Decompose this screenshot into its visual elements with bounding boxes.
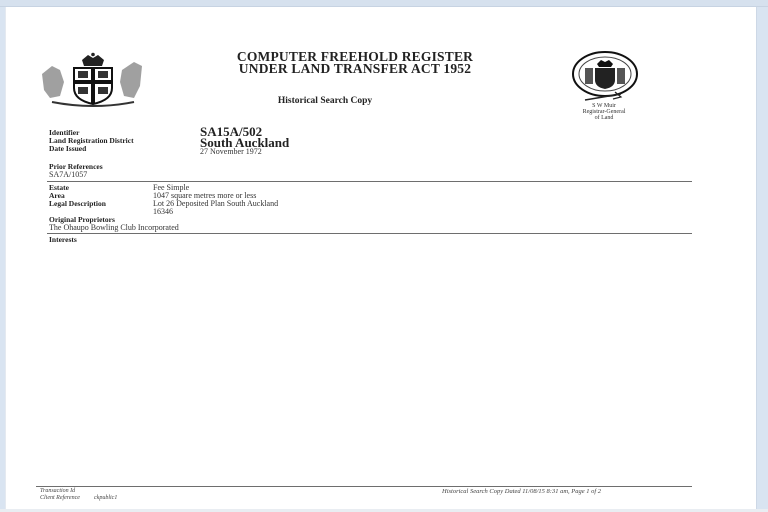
legal-description-label: Legal Description <box>49 200 153 216</box>
client-reference-label: Client Reference <box>40 495 94 502</box>
document-title: COMPUTER FREEHOLD REGISTER UNDER LAND TR… <box>180 51 530 75</box>
date-issued-label: Date Issued <box>49 145 134 153</box>
footer-page-info: Historical Search Copy Dated 11/08/15 8:… <box>442 488 601 495</box>
seal-caption: S W Muir Registrar-General of Land <box>548 103 660 121</box>
identifier-labels: Identifier Land Registration District Da… <box>49 129 134 153</box>
legal-description-row: Legal Description Lot 26 Deposited Plan … <box>49 200 278 216</box>
viewer-top-bar <box>0 0 768 7</box>
transaction-id-label: Transaction Id <box>40 488 94 495</box>
title-line-2: UNDER LAND TRANSFER ACT 1952 <box>180 63 530 75</box>
client-reference-value: ckpublic1 <box>94 495 117 501</box>
footer-left: Transaction Id Client Referenceckpublic1 <box>40 488 117 502</box>
identifier-values: SA15A/502 South Auckland 27 November 197… <box>200 126 289 156</box>
footer-divider <box>36 486 692 487</box>
divider-2 <box>47 233 692 234</box>
document-subtitle: Historical Search Copy <box>245 96 405 106</box>
interests-label: Interests <box>49 236 77 244</box>
registrar-title-2: of Land <box>548 115 660 121</box>
original-proprietors-value: The Ohaupo Bowling Club Incorporated <box>49 224 179 232</box>
prior-references-value: SA7A/1057 <box>49 171 87 179</box>
coat-of-arms-icon <box>38 52 148 108</box>
legal-description-value-2: 16346 <box>153 208 278 216</box>
divider-1 <box>47 181 692 182</box>
